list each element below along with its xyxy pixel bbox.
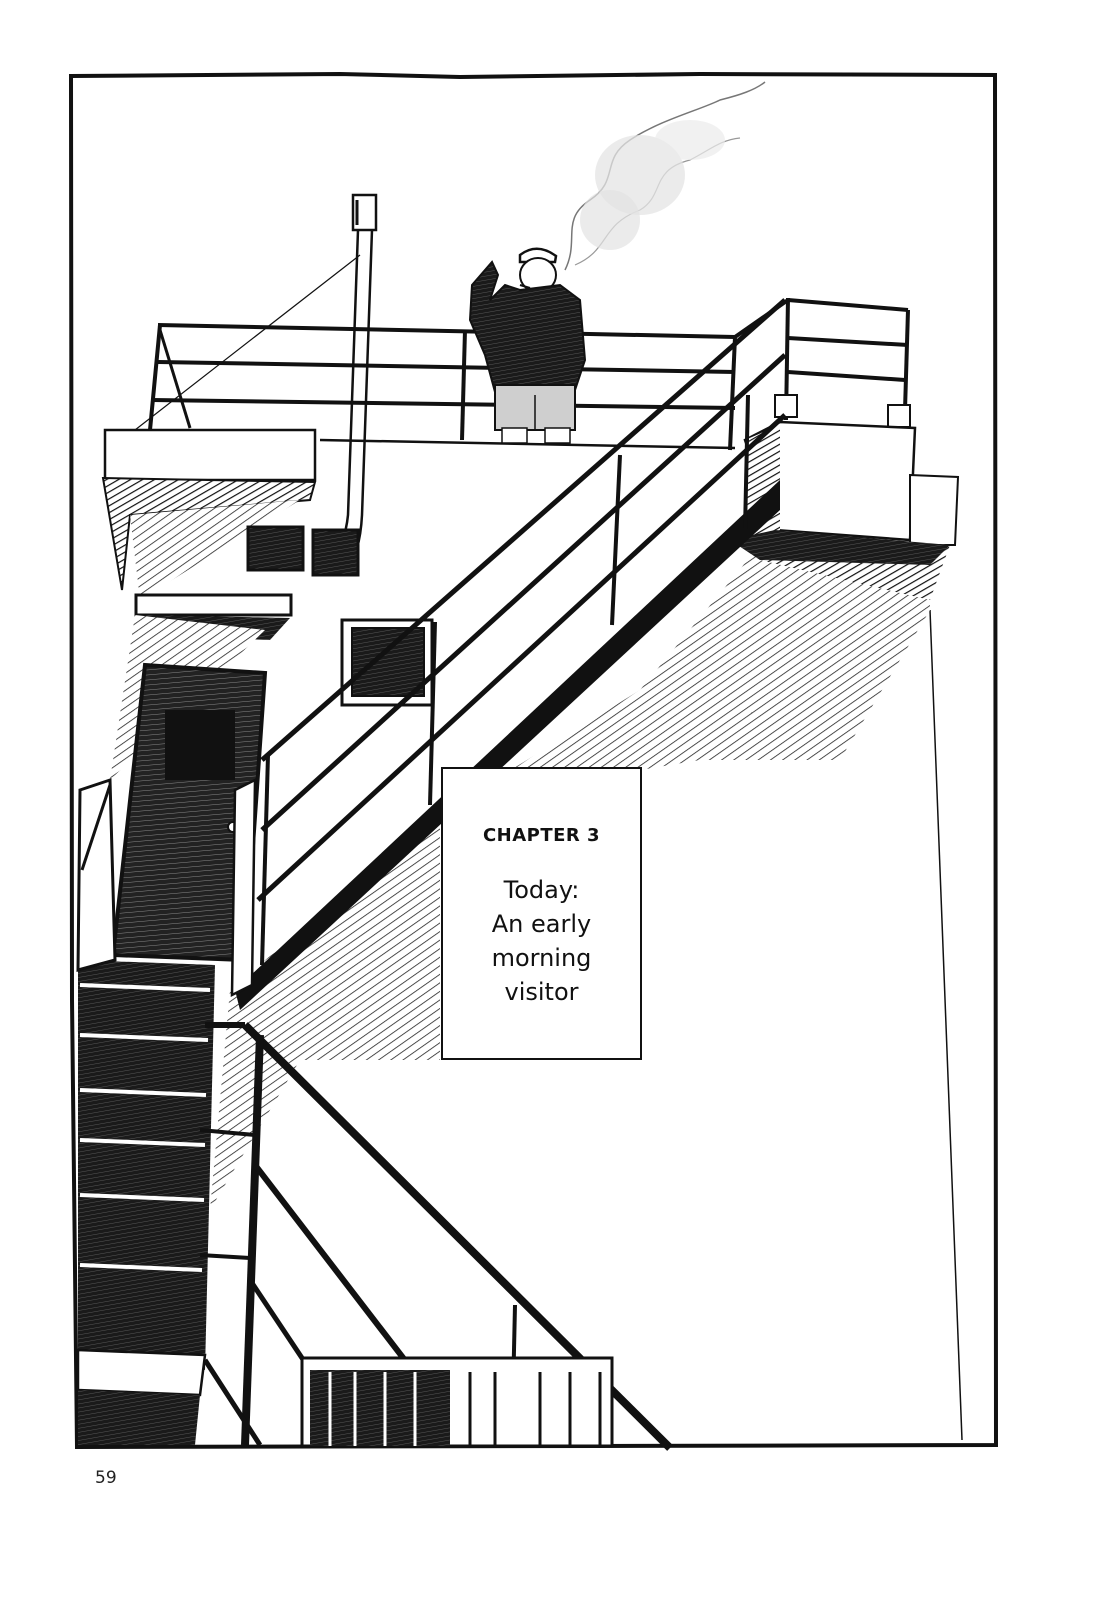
roof-cornice-left bbox=[103, 430, 315, 600]
comic-page: CHAPTER 3 Today: An early morning visito… bbox=[0, 0, 1115, 1600]
smoker-figure bbox=[470, 249, 585, 443]
wall-edge bbox=[930, 610, 962, 1440]
chapter-title-line: morning bbox=[443, 941, 640, 975]
roof-cornice-right bbox=[730, 395, 958, 565]
wall-vents bbox=[248, 527, 358, 575]
chapter-title-line: visitor bbox=[443, 975, 640, 1009]
chapter-title-line: Today: bbox=[443, 873, 640, 907]
page-number: 59 bbox=[95, 1468, 117, 1488]
chapter-title-line: An early bbox=[443, 907, 640, 941]
chapter-label: CHAPTER 3 bbox=[443, 825, 640, 846]
chimney-pipe bbox=[330, 195, 376, 570]
smoke-plume bbox=[565, 82, 765, 270]
chapter-title: Today: An early morning visitor bbox=[443, 873, 640, 1009]
basement-window-grille bbox=[302, 1358, 612, 1446]
chapter-caption-box: CHAPTER 3 Today: An early morning visito… bbox=[441, 767, 642, 1060]
window bbox=[342, 620, 432, 705]
